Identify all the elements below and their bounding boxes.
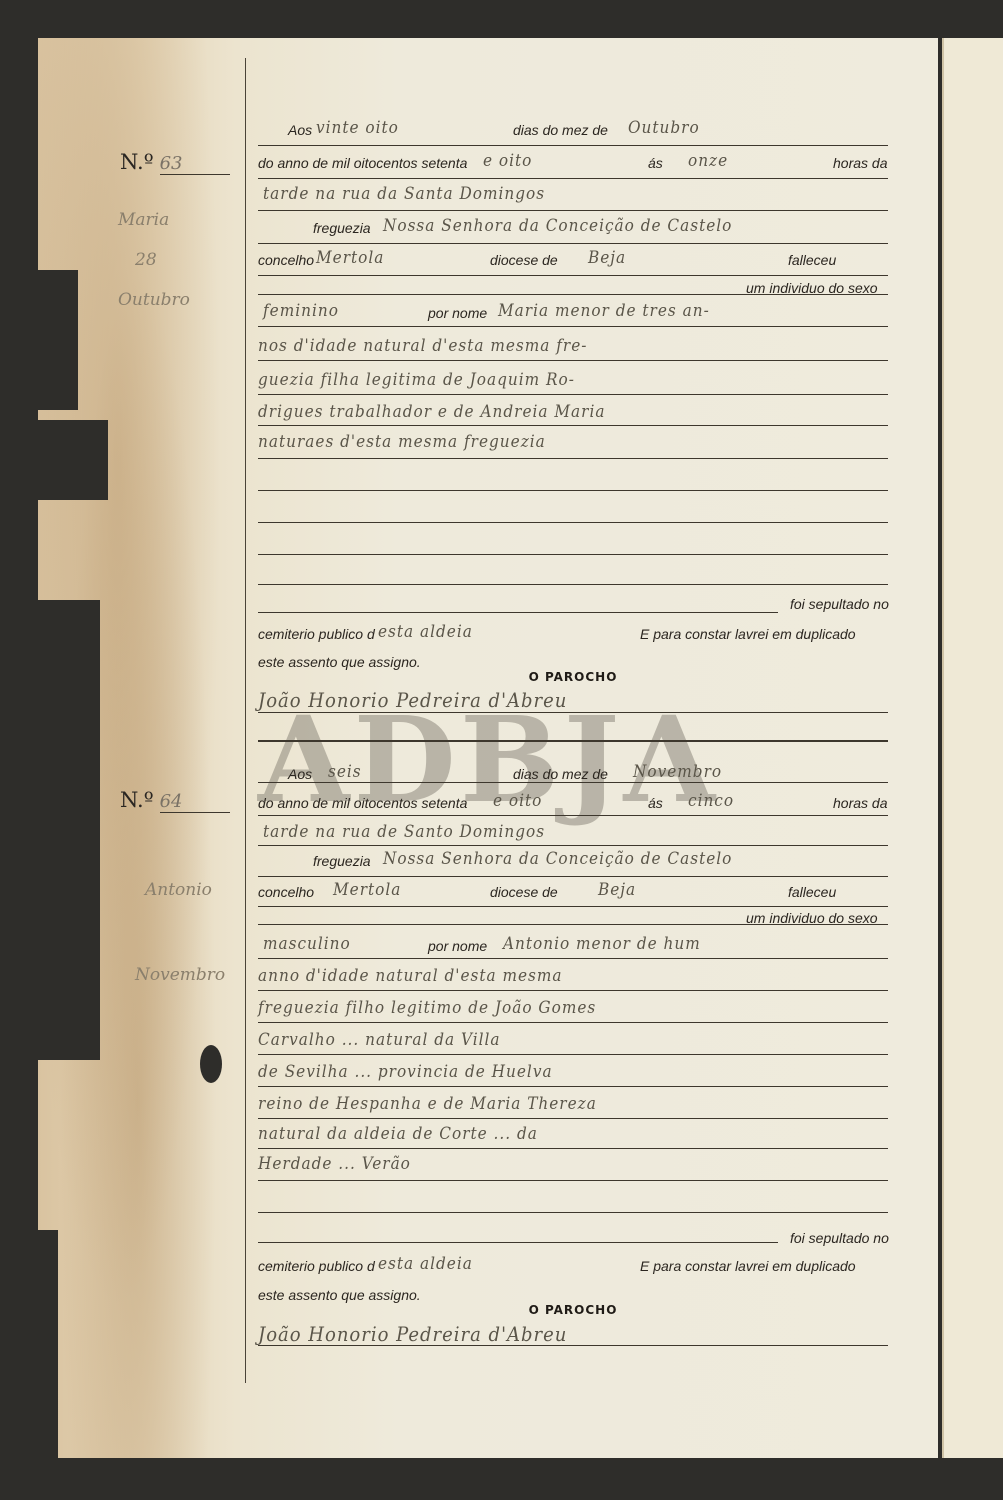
rule (258, 712, 888, 713)
field-diocese: Beja (588, 248, 626, 268)
nome-line: Carvalho ... natural da Villa (258, 1030, 888, 1056)
margin-note: Maria (118, 210, 169, 230)
field-nome: Antonio menor de hum (503, 934, 701, 954)
signature: João Honorio Pedreira d'Abreu (258, 688, 888, 714)
rule (258, 876, 888, 877)
torn-edge (38, 600, 100, 1060)
field-sexo: masculino (263, 934, 351, 954)
label: horas da (833, 155, 887, 171)
label: falleceu (788, 884, 836, 900)
row-date: Aos seis dias do mez de Novembro (258, 766, 888, 792)
label: este assento que assigno. (258, 1287, 421, 1303)
rule (258, 1118, 888, 1119)
label: E para constar lavrei em duplicado (640, 626, 856, 642)
row-continuation: tarde na rua da Santa Domingos (258, 184, 888, 210)
label: dias do mez de (513, 122, 608, 138)
label: E para constar lavrei em duplicado (640, 1258, 856, 1274)
field-freguezia: Nossa Senhora da Conceição de Castelo (383, 216, 732, 236)
facing-page (942, 38, 1003, 1458)
rule (258, 924, 888, 925)
rule (258, 845, 888, 846)
label: ás (648, 155, 663, 171)
margin-note: Outubro (118, 290, 190, 310)
field-concelho: Mertola (333, 880, 401, 900)
label: Aos (288, 766, 312, 782)
label: concelho (258, 252, 314, 268)
margin-note: Novembro (135, 965, 225, 985)
label: diocese de (490, 884, 558, 900)
nome-line: freguezia filho legitimo de João Gomes (258, 998, 888, 1024)
rule (258, 1180, 888, 1181)
label: cemiterio publico d (258, 1258, 375, 1274)
label: freguezia (313, 853, 371, 869)
row-sexo-label: um individuo do sexo (258, 910, 888, 936)
parocho-heading: O PAROCHO (0, 1303, 1003, 1317)
label: concelho (258, 884, 314, 900)
rule (258, 815, 888, 816)
nome-line: Herdade ... Verão (258, 1154, 888, 1180)
entry-separator (258, 740, 888, 742)
rule (258, 990, 888, 991)
field-anno: e oito (493, 791, 542, 811)
field-nome: Maria menor de tres an- (498, 301, 710, 321)
rule (258, 1148, 888, 1149)
rule (258, 243, 888, 244)
entry-number: N.º63 (120, 150, 230, 175)
row-nome: masculino por nome Antonio menor de hum (258, 938, 888, 964)
label: do anno de mil oitocentos setenta (258, 795, 467, 811)
rule (258, 458, 888, 459)
field-cemiterio: esta aldeia (378, 1254, 473, 1274)
row-sepultado: foi sepultado no (258, 596, 888, 622)
row-sepultado: foi sepultado no (258, 1230, 888, 1256)
label: cemiterio publico d (258, 626, 375, 642)
field-continuation: tarde na rua da Santa Domingos (263, 184, 545, 204)
rule (258, 490, 888, 491)
field-continuation: tarde na rua de Santo Domingos (263, 822, 545, 842)
label: horas da (833, 795, 887, 811)
label: por nome (428, 938, 487, 954)
torn-edge (38, 1230, 58, 1460)
margin-rule (245, 58, 246, 1383)
rule (258, 782, 888, 783)
label: Aos (288, 122, 312, 138)
nome-line: natural da aldeia de Corte ... da (258, 1124, 888, 1150)
rule (258, 1242, 778, 1243)
rule (258, 275, 888, 276)
nome-line: naturaes d'esta mesma freguezia (258, 432, 888, 458)
rule (258, 554, 888, 555)
nome-line: de Sevilha ... provincia de Huelva (258, 1062, 888, 1088)
field-cemiterio: esta aldeia (378, 622, 473, 642)
field-anno: e oito (483, 151, 532, 171)
rule (258, 958, 888, 959)
rule (258, 1212, 888, 1213)
rule (258, 584, 888, 585)
rule (258, 1022, 888, 1023)
field-dia: vinte oito (316, 118, 399, 138)
nome-line: reino de Hespanha e de Maria Thereza (258, 1094, 888, 1120)
margin-note: Antonio (145, 880, 212, 900)
rule (258, 1086, 888, 1087)
field-dia: seis (328, 762, 362, 782)
field-freguezia: Nossa Senhora da Conceição de Castelo (383, 849, 732, 869)
rule (258, 522, 888, 523)
label: foi sepultado no (790, 596, 889, 612)
label: ás (648, 795, 663, 811)
row-cemiterio: cemiterio publico d esta aldeia E para c… (258, 1258, 888, 1284)
rule (258, 425, 888, 426)
torn-edge (38, 420, 108, 500)
ink-hole (200, 1045, 222, 1083)
row-year: do anno de mil oitocentos setenta e oito… (258, 795, 888, 821)
rule (258, 210, 888, 211)
torn-edge (38, 270, 78, 410)
rule (258, 612, 778, 613)
rule (258, 906, 888, 907)
label: este assento que assigno. (258, 654, 421, 670)
field-horas: cinco (688, 791, 734, 811)
rule (258, 145, 888, 146)
label: foi sepultado no (790, 1230, 889, 1246)
label: diocese de (490, 252, 558, 268)
nome-line: nos d'idade natural d'esta mesma fre- (258, 336, 888, 362)
row-cemiterio: cemiterio publico d esta aldeia E para c… (258, 626, 888, 652)
label: do anno de mil oitocentos setenta (258, 155, 467, 171)
rule (258, 360, 888, 361)
parocho-heading: O PAROCHO (0, 670, 1003, 684)
entry-number: N.º64 (120, 788, 230, 813)
label: dias do mez de (513, 766, 608, 782)
row-nome: feminino por nome Maria menor de tres an… (258, 305, 888, 331)
nome-line: anno d'idade natural d'esta mesma (258, 966, 888, 992)
rule (258, 1054, 888, 1055)
nome-line: guezia filha legitima de Joaquim Ro- (258, 370, 888, 396)
rule (258, 294, 888, 295)
field-sexo: feminino (263, 301, 339, 321)
field-horas: onze (688, 151, 728, 171)
rule (258, 1345, 888, 1346)
rule (258, 178, 888, 179)
rule (258, 394, 888, 395)
field-mez: Outubro (628, 118, 700, 138)
label: freguezia (313, 220, 371, 236)
rule (258, 326, 888, 327)
label: falleceu (788, 252, 836, 268)
field-diocese: Beja (598, 880, 636, 900)
field-mez: Novembro (633, 762, 722, 782)
field-concelho: Mertola (316, 248, 384, 268)
margin-note: 28 (135, 250, 157, 270)
label: por nome (428, 305, 487, 321)
